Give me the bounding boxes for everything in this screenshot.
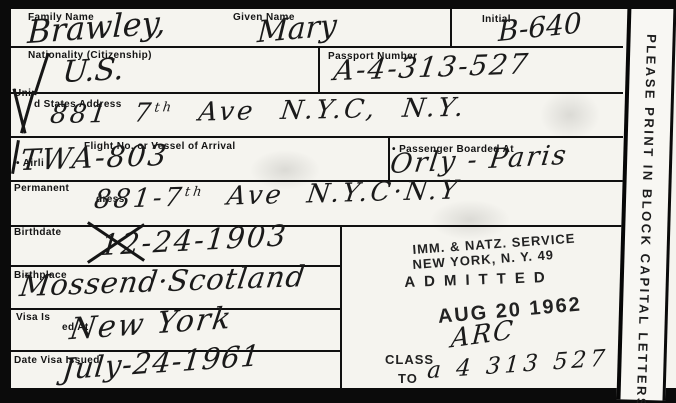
us-address-value-rest: Ave N.Y.C, N.Y. bbox=[197, 93, 468, 128]
stamp-admitted-text: ADMITTED bbox=[404, 269, 554, 291]
grid-line bbox=[11, 136, 623, 138]
permanent-address-value-number: 881-7 bbox=[92, 183, 186, 215]
nationality-value: U.S. bbox=[61, 55, 125, 88]
initial-value: B-640 bbox=[498, 9, 582, 46]
side-instruction-strip: PLEASE PRINT IN BLOCK CAPITAL LETTERS bbox=[616, 3, 676, 400]
birthdate-value: 12-24-1903 bbox=[99, 221, 288, 260]
birthplace-value: Mossend·Scotland bbox=[18, 262, 308, 301]
scan-edge-left bbox=[0, 0, 11, 403]
grid-line bbox=[340, 225, 342, 389]
scanned-immigration-card: Family Name Given Name Initial Brawley, … bbox=[0, 0, 676, 403]
us-address-value-number: 881 7 bbox=[49, 98, 156, 130]
visa-issued-at-value: New York bbox=[68, 304, 235, 346]
passenger-boarded-value: Orly - Paris bbox=[389, 142, 570, 179]
permanent-address-value-rest: Ave N.Y.C·N.Y bbox=[225, 175, 462, 211]
given-name-value: Mary bbox=[256, 11, 337, 48]
scan-smudge bbox=[430, 200, 510, 240]
passport-number-value: A-4-313-527 bbox=[332, 50, 531, 85]
scan-edge-bottom bbox=[0, 388, 676, 403]
permanent-address-label-part1: Permanent bbox=[14, 183, 69, 194]
grid-line bbox=[11, 225, 623, 227]
grid-line bbox=[11, 92, 623, 94]
permanent-address-value-superscript: th bbox=[184, 184, 206, 200]
us-address-value: 881 7th Ave N.Y.C, N.Y. bbox=[49, 95, 468, 128]
us-address-value-superscript: th bbox=[154, 100, 175, 115]
family-name-value: Brawley, bbox=[27, 6, 166, 48]
permanent-address-value: 881-7th Ave N.Y.C·N.Y bbox=[93, 177, 462, 213]
grid-line bbox=[318, 46, 320, 93]
scan-smudge bbox=[540, 90, 600, 140]
date-visa-issued-value: July-24-1961 bbox=[61, 341, 262, 384]
birthdate-label: Birthdate bbox=[14, 227, 62, 238]
grid-line bbox=[450, 9, 452, 47]
visa-issued-at-label-part1: Visa Is bbox=[16, 312, 50, 323]
to-label: TO bbox=[398, 371, 418, 386]
scan-edge-top bbox=[0, 0, 676, 9]
print-instruction-text: PLEASE PRINT IN BLOCK CAPITAL LETTERS bbox=[634, 34, 659, 400]
class-value: ARC bbox=[450, 317, 515, 352]
flight-number-value: TWA-803 bbox=[19, 141, 170, 175]
